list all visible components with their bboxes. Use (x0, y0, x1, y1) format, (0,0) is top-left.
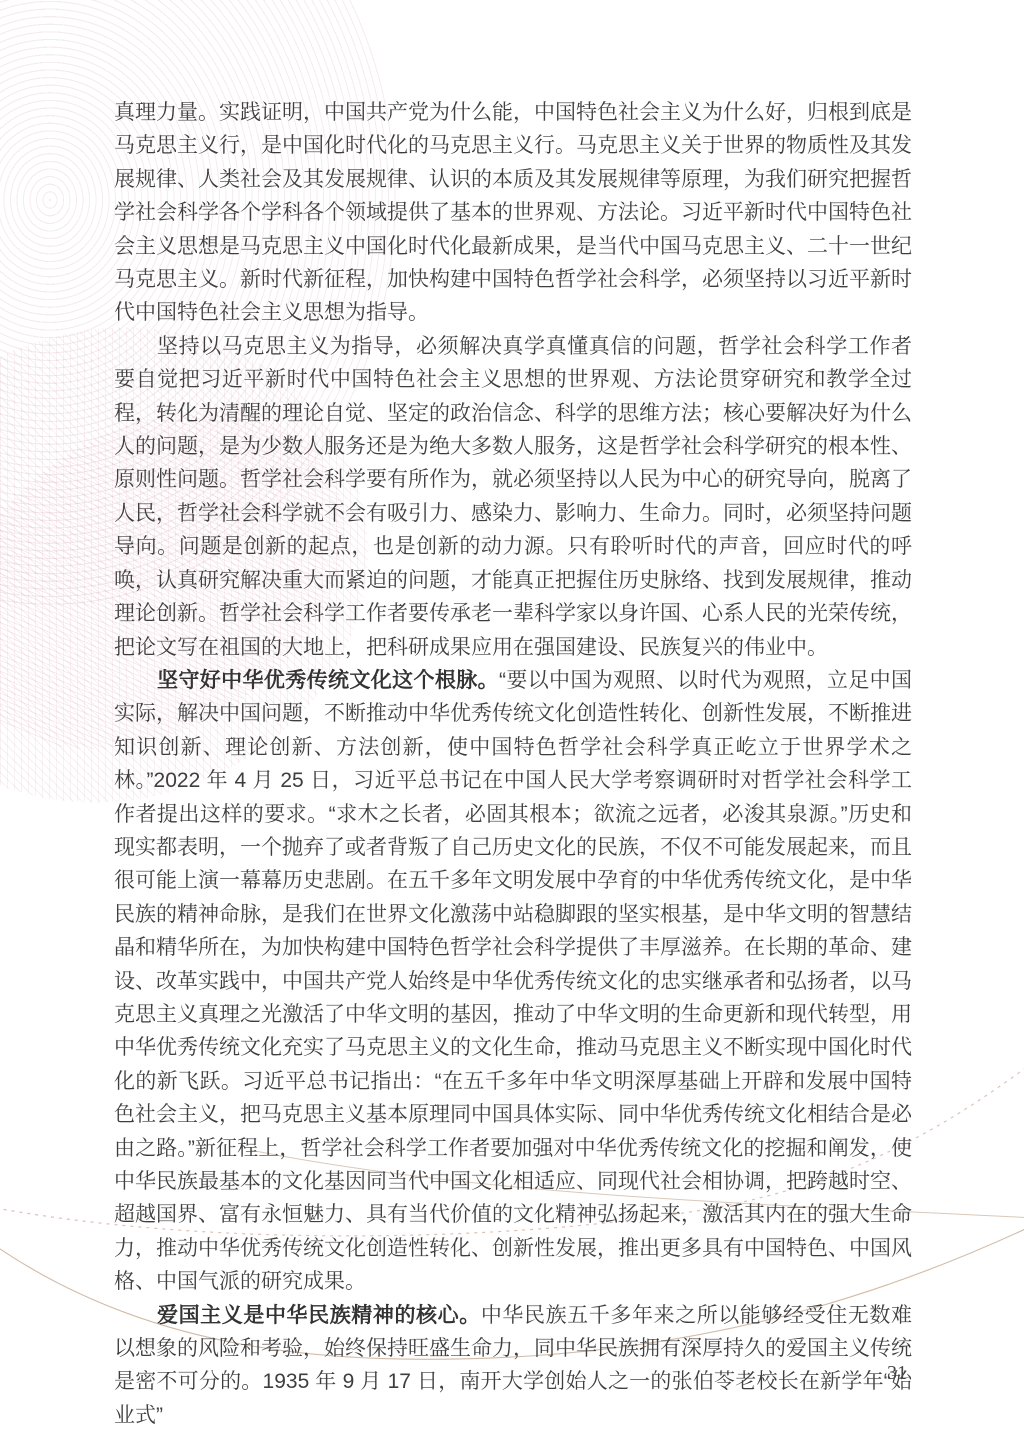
paragraph-text: “要以中国为观照、以时代为观照，立足中国实际，解决中国问题，不断推动中华优秀传统… (114, 669, 912, 1293)
paragraph: 坚守好中华优秀传统文化这个根脉。“要以中国为观照、以时代为观照，立足中国实际，解… (114, 664, 912, 1299)
paragraph-lead: 爱国主义是中华民族精神的核心。 (157, 1304, 481, 1327)
page-number: 31 (872, 1362, 922, 1385)
document-page: 真理力量。实践证明，中国共产党为什么能，中国特色社会主义为什么好，归根到底是马克… (0, 0, 1024, 1454)
paragraph-text: 真理力量。实践证明，中国共产党为什么能，中国特色社会主义为什么好，归根到底是马克… (114, 101, 912, 324)
paragraph-lead: 坚守好中华优秀传统文化这个根脉。 (157, 669, 499, 692)
paragraph-text: 坚持以马克思主义为指导，必须解决真学真懂真信的问题，哲学社会科学工作者要自觉把习… (114, 335, 912, 659)
page-body-text: 真理力量。实践证明，中国共产党为什么能，中国特色社会主义为什么好，归根到底是马克… (114, 96, 912, 1432)
paragraph: 真理力量。实践证明，中国共产党为什么能，中国特色社会主义为什么好，归根到底是马克… (114, 96, 912, 330)
paragraph: 坚持以马克思主义为指导，必须解决真学真懂真信的问题，哲学社会科学工作者要自觉把习… (114, 330, 912, 664)
paragraph: 爱国主义是中华民族精神的核心。中华民族五千多年来之所以能够经受住无数难以想象的风… (114, 1299, 912, 1433)
